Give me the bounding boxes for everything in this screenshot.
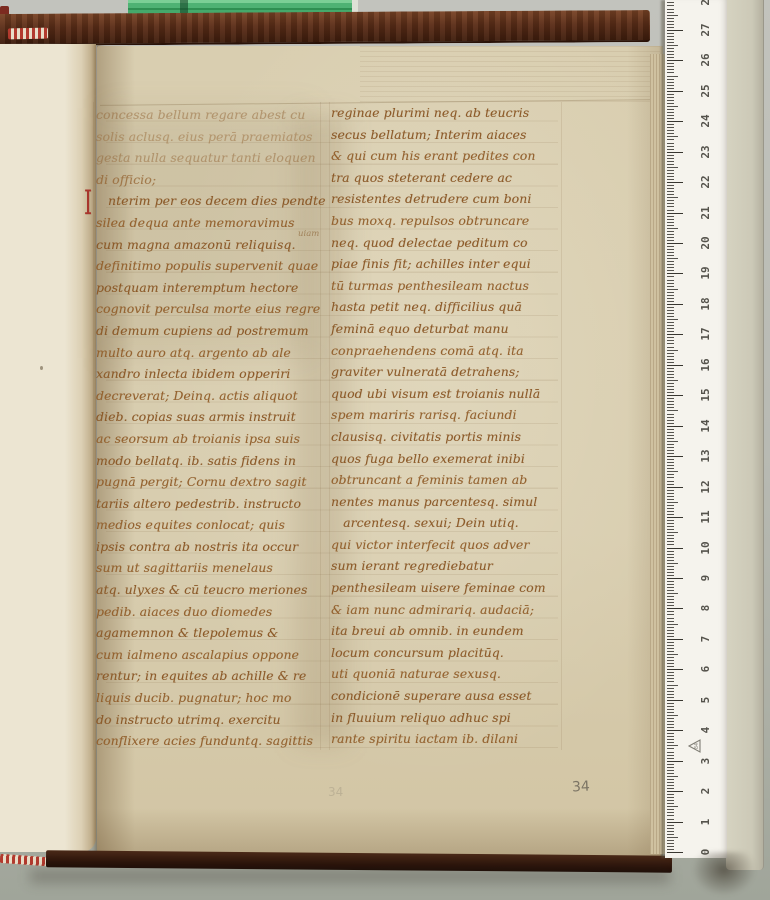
ruler-number: 11 xyxy=(698,506,714,528)
pencil-page-number: 34 xyxy=(572,779,591,796)
ruler-tick xyxy=(667,502,678,503)
ruler-tick xyxy=(667,837,678,838)
ruler-tick xyxy=(667,499,674,500)
manuscript-line: xandro inlecta ibidem opperiri xyxy=(96,363,322,385)
ruler-tick xyxy=(667,76,678,77)
ruler-tick xyxy=(667,438,674,439)
ruler-tick xyxy=(667,255,674,256)
ruler-tick xyxy=(667,252,674,253)
ruler-tick xyxy=(667,301,674,302)
manuscript-line: ipsis contra ab nostris ita occur xyxy=(96,536,322,558)
ruler-tick xyxy=(667,560,674,561)
ruler-tick xyxy=(667,660,674,661)
manuscript-line: penthesileam uisere feminae com xyxy=(331,577,563,599)
ruler-tick xyxy=(667,605,674,606)
manuscript-line: decreverat; Deinq. actis aliquot xyxy=(96,385,322,407)
ruler-tick xyxy=(667,563,678,564)
ruler-tick xyxy=(667,377,674,378)
ruler-tick xyxy=(667,651,674,652)
ruler-tick xyxy=(667,386,674,387)
ruler-tick xyxy=(667,672,674,673)
ruler-tick xyxy=(667,822,683,823)
ruler-tick xyxy=(667,523,674,524)
ruler-number: 20 xyxy=(698,232,714,254)
ruler-tick xyxy=(667,697,674,698)
ruler-tick xyxy=(667,624,678,625)
ruler-tick xyxy=(667,627,674,628)
manuscript-line: cognovit perculsa morte eius regre xyxy=(96,298,322,320)
ruler-tick xyxy=(667,410,678,411)
ruler-tick xyxy=(667,791,683,792)
manuscript-line: medios equites conlocat; quis xyxy=(96,514,322,536)
manuscript-line: di demum cupiens ad postremum xyxy=(96,320,322,342)
ruler-tick xyxy=(667,831,674,832)
ruler-tick xyxy=(667,149,674,150)
manuscript-line: definitimo populis supervenit quae xyxy=(96,255,322,277)
rubricated-initial: I xyxy=(84,186,92,220)
ruler-tick xyxy=(667,715,678,716)
ruler-tick xyxy=(667,136,678,137)
ruler-tick xyxy=(667,557,674,558)
ruler-tick xyxy=(667,727,674,728)
ruler-tick xyxy=(667,420,674,421)
ruler-tick xyxy=(667,566,674,567)
manuscript-line: in fluuium reliquo adhuc spi xyxy=(331,707,563,729)
ruler-number: 6 xyxy=(698,658,714,680)
ruler-tick xyxy=(667,97,674,98)
ruler-tick xyxy=(667,60,683,61)
ruler-tick xyxy=(667,383,674,384)
ruler-tick xyxy=(667,599,674,600)
ruler-tick xyxy=(667,225,674,226)
measuring-ruler: 0123456789101112131415161718192021222324… xyxy=(665,0,727,858)
ruler-tick xyxy=(667,812,674,813)
ruler-tick xyxy=(667,240,674,241)
ruler-tick xyxy=(667,365,683,366)
ruler-tick xyxy=(667,456,683,457)
ruler-tick xyxy=(667,809,674,810)
ruler-tick xyxy=(667,815,674,816)
ruler-tick xyxy=(667,471,678,472)
ruler-tick xyxy=(667,745,678,746)
ruler-tick xyxy=(667,45,678,46)
manuscript-line: resistentes detrudere cum boni xyxy=(331,188,563,210)
manuscript-line: tra quos steterant cedere ac xyxy=(331,167,563,189)
ruler-tick xyxy=(667,685,678,686)
ruler-tick xyxy=(667,222,674,223)
manuscript-line: postquam interemptum hectore xyxy=(96,277,322,299)
ruler-tick xyxy=(667,493,674,494)
ruler-tick xyxy=(667,657,674,658)
endband-top xyxy=(8,28,48,40)
ruler-tick xyxy=(667,337,674,338)
manuscript-line: arcentesq. sexui; Dein utiq. xyxy=(331,512,563,534)
ruler-tick xyxy=(667,752,674,753)
ruler-tick xyxy=(667,249,674,250)
ruling-vertical-guide xyxy=(93,102,94,750)
manuscript-line: quos fuga bello exemerat inibi xyxy=(331,448,563,470)
ruler-tick xyxy=(667,414,674,415)
manuscript-line: concessa bellum regare abest cu xyxy=(96,104,322,126)
ruler-tick xyxy=(667,426,683,427)
ruler-tick xyxy=(667,691,674,692)
ruler-tick xyxy=(667,398,674,399)
ruler-tick xyxy=(667,694,674,695)
ruler-tick xyxy=(667,152,683,153)
ruler-number: 19 xyxy=(698,262,714,284)
ruler-tick xyxy=(667,736,674,737)
ruler-tick xyxy=(667,541,674,542)
ruler-tick xyxy=(667,666,674,667)
ruler-tick xyxy=(667,465,674,466)
manuscript-line: & iam nunc admirariq. audaciā; xyxy=(331,599,563,621)
manuscript-line: modo bellatq. ib. satis fidens in xyxy=(96,450,322,472)
ruler-tick xyxy=(667,730,683,731)
ruler-tick xyxy=(667,261,674,262)
ruler-tick xyxy=(667,39,674,40)
ruler-tick xyxy=(667,82,674,83)
ruler-tick xyxy=(667,234,674,235)
ruler-tick xyxy=(667,569,674,570)
ruler-tick xyxy=(667,85,674,86)
ruler-tick xyxy=(667,48,674,49)
ruler-tick xyxy=(667,447,674,448)
ruler-tick xyxy=(667,219,674,220)
manuscript-line: rentur; in equites ab achille & re xyxy=(96,665,322,687)
ruler-tick xyxy=(667,435,674,436)
ruler-tick xyxy=(667,770,674,771)
ruler-tick xyxy=(667,633,674,634)
ruler-tick xyxy=(667,417,674,418)
ruler-tick xyxy=(667,36,674,37)
ruler-tick xyxy=(667,228,678,229)
ruler-tick xyxy=(667,834,674,835)
ruler-tick xyxy=(667,79,674,80)
ruler-number: 8 xyxy=(698,597,714,619)
ruler-tick xyxy=(667,404,674,405)
ruler-tick xyxy=(667,21,674,22)
manuscript-line: graviter vulneratā detrahens; xyxy=(331,361,563,383)
ruler-tick xyxy=(667,724,674,725)
ruler-tick xyxy=(667,359,674,360)
ruler-tick xyxy=(667,639,683,640)
ruler-tick xyxy=(667,608,683,609)
ruler-tick xyxy=(667,66,674,67)
facing-page-edge xyxy=(0,44,96,852)
ruler-tick xyxy=(667,362,674,363)
ruler-number: 27 xyxy=(698,19,714,41)
ruler-tick xyxy=(667,33,674,34)
ruler-tick xyxy=(667,91,683,92)
manuscript-line: hasta petit neq. difficilius quā xyxy=(331,296,563,318)
ruler-tick xyxy=(667,63,674,64)
ruler-tick xyxy=(667,803,674,804)
ruler-tick xyxy=(667,487,683,488)
ruler-tick xyxy=(667,423,674,424)
manuscript-line: & qui cum his erant pedites con xyxy=(331,145,563,167)
ruler-tick xyxy=(667,474,674,475)
manuscript-line: conflixere acies funduntq. sagittis xyxy=(96,730,322,752)
ruler-tick xyxy=(667,270,674,271)
ruler-tick xyxy=(667,103,674,104)
ruler-tick xyxy=(667,849,674,850)
ruler-tick xyxy=(667,133,674,134)
ruler-tick xyxy=(667,773,674,774)
ruler-tick xyxy=(667,343,674,344)
ruler-tick xyxy=(667,243,683,244)
ruler-tick xyxy=(667,5,674,6)
ruler-tick xyxy=(667,130,674,131)
manuscript-line: spem mariris rarisq. faciundi xyxy=(331,404,563,426)
ruler-tick xyxy=(667,444,674,445)
book-drop-shadow xyxy=(30,869,670,883)
ruler-number: 26 xyxy=(698,49,714,71)
ruler-tick xyxy=(667,139,674,140)
ruler-tick xyxy=(667,529,674,530)
ruler-tick xyxy=(667,316,674,317)
ruler-tick xyxy=(667,374,674,375)
ruler-tick xyxy=(667,819,674,820)
ruler-tick xyxy=(667,356,674,357)
ruler-tick xyxy=(667,203,674,204)
manuscript-line: rante spiritu iactam ib. dilani xyxy=(331,728,563,750)
ruler-tick xyxy=(667,310,674,311)
ruler-tick xyxy=(667,12,674,13)
ruler-tick xyxy=(667,42,674,43)
ruler-tick xyxy=(667,197,678,198)
ruler-tick xyxy=(667,18,674,19)
ruler-tick xyxy=(667,164,674,165)
ruler-tick xyxy=(667,267,674,268)
ruler-tick xyxy=(667,776,678,777)
manuscript-line: tū turmas penthesileam nactus xyxy=(331,275,563,297)
ruler-tick xyxy=(667,688,674,689)
ruling-vertical-guide xyxy=(329,102,330,750)
ruler-tick xyxy=(667,648,674,649)
ruler-tick xyxy=(667,846,674,847)
manuscript-line: ita breui ab omnib. in eundem xyxy=(331,620,563,642)
manuscript-line: condicionē superare ausa esset xyxy=(331,685,563,707)
ruler-number: 15 xyxy=(698,384,714,406)
ruler-tick xyxy=(667,155,674,156)
ruler-tick xyxy=(667,54,674,55)
ruler-tick xyxy=(667,15,678,16)
ruler-tick xyxy=(667,584,674,585)
ruler-tick xyxy=(667,718,674,719)
ruler-tick xyxy=(667,453,674,454)
ruler-tick xyxy=(667,158,674,159)
manuscript-line: tariis altero pedestrib. instructo xyxy=(96,493,322,515)
ruler-tick xyxy=(667,678,674,679)
ruler-tick xyxy=(667,432,674,433)
ruler-tick xyxy=(667,806,678,807)
ruler-tick xyxy=(667,481,674,482)
ruler-tick xyxy=(667,273,683,274)
ruler-tick xyxy=(667,143,674,144)
ruler-tick xyxy=(667,825,674,826)
manuscript-line: sum ierant regrediebatur xyxy=(331,555,563,577)
ruler-tick xyxy=(667,785,674,786)
ruler-number: 10 xyxy=(698,537,714,559)
manuscript-line: ac seorsum ab troianis ipsa suis xyxy=(96,428,322,450)
ruler-tick xyxy=(667,289,678,290)
ruler-number: 25 xyxy=(698,80,714,102)
ruler-tick xyxy=(667,587,674,588)
ruler-tick xyxy=(667,100,674,101)
ruler-tick xyxy=(667,51,674,52)
ruler-tick xyxy=(667,350,678,351)
ruler-tick xyxy=(667,578,683,579)
ruler-tick xyxy=(667,459,674,460)
ruler-tick xyxy=(667,621,674,622)
ruler-tick xyxy=(667,30,683,31)
manuscript-line: cum ialmeno ascalapius oppone xyxy=(96,644,322,666)
ruler-tick xyxy=(667,331,674,332)
manuscript-line: qui victor interfecit quos adver xyxy=(331,534,563,556)
ruler-tick xyxy=(667,401,674,402)
ruler-tick xyxy=(667,681,674,682)
ruler-tick xyxy=(667,548,683,549)
ruler-backing-strip xyxy=(726,0,764,870)
ruler-tick xyxy=(667,526,674,527)
manuscript-line: agamemnon & tlepolemus & xyxy=(96,622,322,644)
ruler-tick xyxy=(667,551,674,552)
recycle-icon: 84 xyxy=(687,738,703,754)
ruler-tick xyxy=(667,276,674,277)
manuscript-line: reginae plurimi neq. ab teucris xyxy=(331,102,563,124)
ruler-tick xyxy=(667,514,674,515)
ruler-tick xyxy=(667,353,674,354)
manuscript-line: bus moxq. repulsos obtruncare xyxy=(331,210,563,232)
ruler-tick xyxy=(667,706,674,707)
ruler-tick xyxy=(667,700,683,701)
ruler-tick xyxy=(667,191,674,192)
ruler-tick xyxy=(667,532,678,533)
ruler-tick xyxy=(667,840,674,841)
ruler-end-shadow xyxy=(692,852,756,896)
ruler-tick xyxy=(667,313,674,314)
ruler-number: 9 xyxy=(698,567,714,589)
ruler-tick xyxy=(667,27,674,28)
ruler-tick xyxy=(667,508,674,509)
ruler-tick xyxy=(667,200,674,201)
ruler-tick xyxy=(667,779,674,780)
ruler-tick xyxy=(667,395,683,396)
manuscript-line: nentes manus parcentesq. simul xyxy=(331,491,563,513)
ruler-tick xyxy=(667,182,683,183)
ruler-tick xyxy=(667,709,674,710)
ruler-tick xyxy=(667,797,674,798)
ruler-number: 18 xyxy=(698,293,714,315)
ruler-tick xyxy=(667,654,678,655)
manuscript-line: sum ut sagittariis menelaus xyxy=(96,557,322,579)
ruler-tick xyxy=(667,739,674,740)
ruler-tick xyxy=(667,572,674,573)
ruler-tick xyxy=(667,575,674,576)
manuscript-line: dieb. copias suas armis instruit xyxy=(96,406,322,428)
ruler-tick xyxy=(667,286,674,287)
ruler-tick xyxy=(667,322,674,323)
ruler-tick xyxy=(667,538,674,539)
ruler-tick xyxy=(667,347,674,348)
ruler-tick xyxy=(667,340,674,341)
ruler-tick xyxy=(667,206,674,207)
ruler-tick xyxy=(667,748,674,749)
manuscript-line: locum concursum placitūq. xyxy=(331,642,563,664)
ruler-tick xyxy=(667,292,674,293)
ruler-tick xyxy=(667,721,674,722)
ruler-tick xyxy=(667,188,674,189)
manuscript-line: uti quoniā naturae sexusq. xyxy=(331,663,563,685)
ruler-tick xyxy=(667,280,674,281)
ruler-tick xyxy=(667,328,674,329)
ruler-number: 23 xyxy=(698,141,714,163)
ruler-tick xyxy=(667,88,674,89)
ruler-tick xyxy=(667,210,674,211)
ruler-tick xyxy=(667,596,674,597)
ruler-tick xyxy=(667,496,674,497)
ruler-tick xyxy=(667,429,674,430)
ruler-tick xyxy=(667,642,674,643)
ruler-tick xyxy=(667,109,674,110)
manuscript-line: conpraehendens comā atq. ita xyxy=(331,340,563,362)
manuscript-line: di officio; xyxy=(96,169,322,191)
ruler-tick xyxy=(667,669,683,670)
ruler-tick xyxy=(667,407,674,408)
ruler-tick xyxy=(667,490,674,491)
ruler-tick xyxy=(667,593,678,594)
ruler-tick xyxy=(667,794,674,795)
ruler-tick xyxy=(667,441,678,442)
ruler-tick xyxy=(667,764,674,765)
leaf-edge-streaks xyxy=(360,46,660,102)
ruler-tick xyxy=(667,185,674,186)
ruler-tick xyxy=(667,106,678,107)
manuscript-line: silea dequa ante memoravimus xyxy=(96,212,322,234)
ruler-tick xyxy=(667,118,674,119)
ruler-tick xyxy=(667,173,674,174)
ruler-number: 1 xyxy=(698,811,714,833)
ruler-tick xyxy=(667,124,674,125)
faint-pencil-page-number: 34 xyxy=(328,785,343,799)
ruler-tick xyxy=(667,231,674,232)
ruler-tick xyxy=(667,380,678,381)
ruler-tick xyxy=(667,307,674,308)
ruler-tick xyxy=(667,170,674,171)
ruler-tick xyxy=(667,264,674,265)
ruler-tick xyxy=(667,246,674,247)
ruler-tick xyxy=(667,371,674,372)
ruler-tick xyxy=(667,712,674,713)
svg-text:84: 84 xyxy=(694,743,700,749)
manuscript-line: quod ubi visum est troianis nullā xyxy=(331,383,563,405)
manuscript-line: do instructo utrimq. exercitu xyxy=(96,709,322,731)
ruler-tick xyxy=(667,237,674,238)
ruler-tick xyxy=(667,645,674,646)
manuscript-line: secus bellatum; Interim aiaces xyxy=(331,124,563,146)
ruler-tick xyxy=(667,115,674,116)
ruler-number: 12 xyxy=(698,476,714,498)
ruler-tick xyxy=(667,325,674,326)
ruler-tick xyxy=(667,636,674,637)
ruler-number: 17 xyxy=(698,323,714,345)
ruler-tick xyxy=(667,703,674,704)
ruler-tick xyxy=(667,611,674,612)
ruler-tick xyxy=(667,755,674,756)
manuscript-line: piae finis fit; achilles inter equi xyxy=(331,253,563,275)
ruler-number: 2 xyxy=(698,780,714,802)
ruler-tick xyxy=(667,468,674,469)
